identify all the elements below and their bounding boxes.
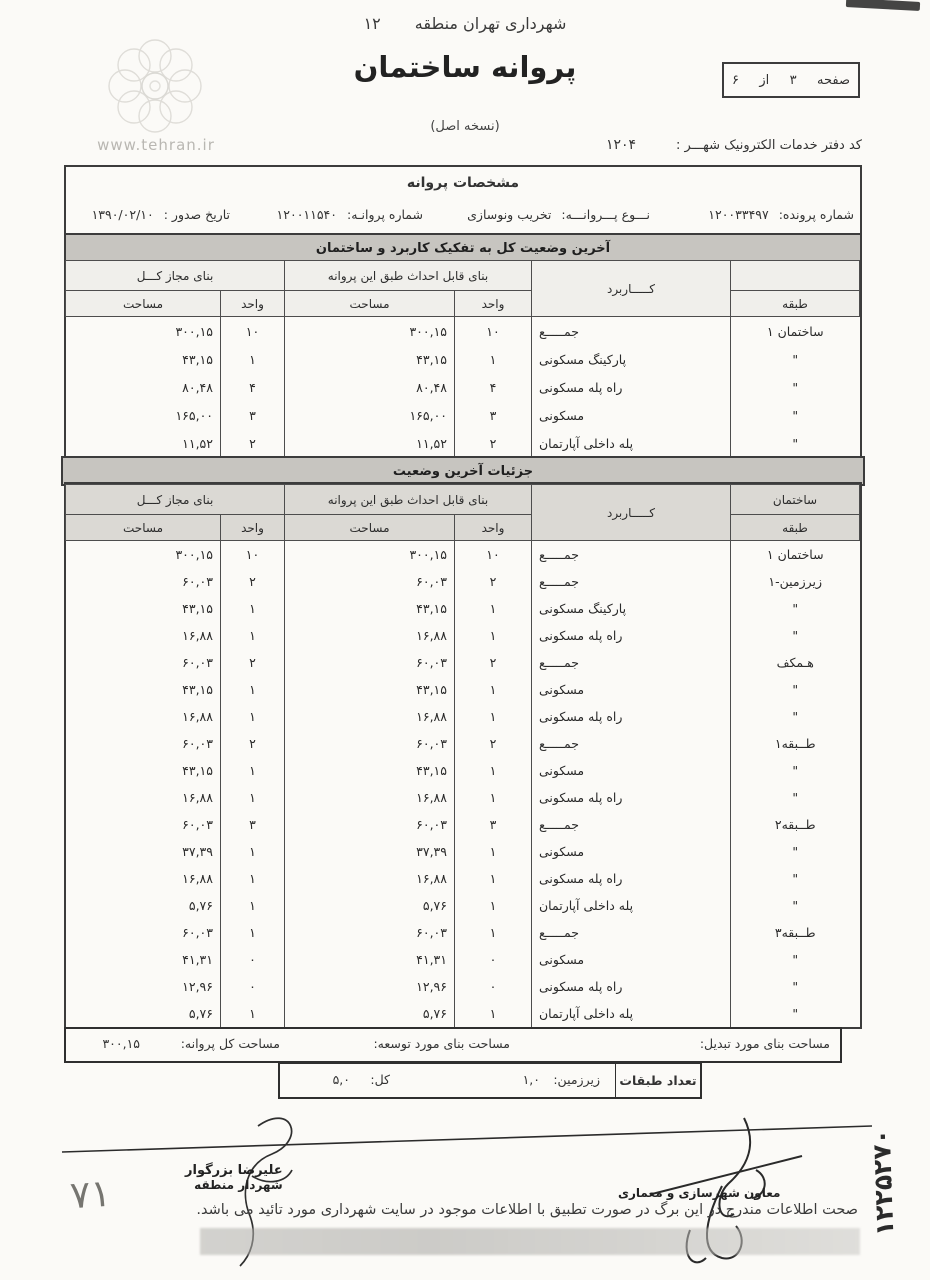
basement-count-value: ۱,۰ [523,1072,540,1087]
permit-units-cell: ۰ [455,946,532,973]
eservices-code-label: کد دفتر خدمات الکترونیک شهـــر : [676,138,862,153]
col-header-use: کـــــاربرد [532,485,731,541]
total-area-cell: ۴۳,۱۵ [66,676,221,703]
file-number-label: شماره پرونده: [779,207,854,222]
total-units-cell: ۱۰ [221,541,285,569]
permit-info-row: شماره پرونده: ۱۲۰۰۳۳۴۹۷ نـــوع پـــروانـ… [66,203,860,231]
permit-area-cell: ۶۰,۰۳ [285,568,455,595]
total-units-cell: ۳ [221,811,285,838]
permit-area-cell: ۳۰۰,۱۵ [285,541,455,569]
floor-cell: ساختمان ۱ [731,541,860,569]
total-units-cell: ۱ [221,865,285,892]
table-row: "راه پله مسکونی۴۸۰,۴۸۴۸۰,۴۸ [66,373,860,401]
detail-status-section: ساختمان کـــــاربرد بنای قابل احداث طبق … [64,482,862,1029]
permit-area-cell: ۱۶,۸۸ [285,703,455,730]
use-cell: جمـــــع [532,541,731,569]
col-header-unit: واحد [221,515,285,541]
col-header-floor: طبقه [731,291,860,317]
page-current: ۳ [790,73,797,88]
permit-type-label: نـــوع پـــروانـــه: [561,207,650,222]
total-area-cell: ۱۶,۸۸ [66,784,221,811]
permit-number-label: شماره پروانـه: [347,207,423,222]
floor-cell: زیرزمین-۱ [731,568,860,595]
handwritten-margin-number: ۱۲۲۵۲۷۰ [865,1094,900,1271]
use-cell: راه پله مسکونی [532,973,731,1000]
spec-section-title: مشخصات پروانه [66,175,860,191]
floor-cell: " [731,892,860,919]
total-area-cell: ۶۰,۰۳ [66,811,221,838]
basement-count-label: زیرزمین: [553,1072,600,1087]
total-units-cell: ۱ [221,703,285,730]
total-units-cell: ۱ [221,1000,285,1027]
use-cell: پارکینگ مسکونی [532,345,731,373]
permit-area-cell: ۳۷,۳۹ [285,838,455,865]
permit-units-cell: ۰ [455,973,532,1000]
page-total: ۶ [732,73,739,88]
use-cell: جمـــــع [532,730,731,757]
permit-area-cell: ۶۰,۰۳ [285,730,455,757]
permit-area-cell: ۴۳,۱۵ [285,757,455,784]
permit-area-cell: ۱۱,۵۲ [285,429,455,457]
permit-units-cell: ۱ [455,757,532,784]
use-cell: جمـــــع [532,649,731,676]
page-title: پروانه ساختمان [310,50,620,84]
col-header-floor: طبقه [731,515,860,541]
issue-date-field: تاریخ صدور : ۱۳۹۰/۰۲/۱۰ [92,207,230,222]
permit-area-cell: ۱۲,۹۶ [285,973,455,1000]
file-number-value: ۱۲۰۰۳۳۴۹۷ [708,207,768,222]
table-row: زیرزمین-۱جمـــــع۲۶۰,۰۳۲۶۰,۰۳ [66,568,860,595]
permit-area-cell: ۴۳,۱۵ [285,676,455,703]
col-header-building: ساختمان [731,485,860,515]
total-area-cell: ۱۶,۸۸ [66,865,221,892]
convert-area-label: مساحت بنای مورد تبدیل: [700,1036,830,1051]
permit-units-cell: ۱ [455,1000,532,1027]
permit-area-cell: ۵,۷۶ [285,892,455,919]
mayor-title: شهردار منطقه [185,1178,283,1192]
eservices-code-line: کد دفتر خدمات الکترونیک شهـــر : ۱۲۰۴ [606,137,862,153]
table-row: "راه پله مسکونی۱۱۶,۸۸۱۱۶,۸۸ [66,784,860,811]
col-header-area: مساحت [66,515,221,541]
total-area-cell: ۱۶,۸۸ [66,703,221,730]
table-row: "پارکینگ مسکونی۱۴۳,۱۵۱۴۳,۱۵ [66,595,860,622]
table-row: "راه پله مسکونی۰۱۲,۹۶۰۱۲,۹۶ [66,973,860,1000]
col-header-area: مساحت [285,291,455,317]
permit-number-field: شماره پروانـه: ۱۲۰۰۱۱۵۴۰ [277,207,423,222]
group-header-permit: بنای قابل احداث طبق این پروانه [285,485,532,515]
total-units-cell: ۱ [221,892,285,919]
permit-units-cell: ۱ [455,784,532,811]
table-row: "پله داخلی آپارتمان۱۵,۷۶۱۵,۷۶ [66,1000,860,1027]
permit-units-cell: ۱ [455,892,532,919]
table-row: "راه پله مسکونی۱۱۶,۸۸۱۱۶,۸۸ [66,703,860,730]
col-header-unit: واحد [221,291,285,317]
use-cell: پله داخلی آپارتمان [532,429,731,457]
total-area-cell: ۱۱,۵۲ [66,429,221,457]
permit-units-cell: ۲ [455,730,532,757]
total-units-cell: ۲ [221,568,285,595]
col-header-area: مساحت [66,291,221,317]
total-units-cell: ۲ [221,429,285,457]
permit-units-cell: ۱۰ [455,317,532,346]
total-units-cell: ۰ [221,973,285,1000]
district-number: ۱۲ [364,14,381,33]
table-row: "مسکونی۱۳۷,۳۹۱۳۷,۳۹ [66,838,860,865]
total-permit-area-label: مساحت کل پروانه: [181,1036,280,1051]
total-units-cell: ۱۰ [221,317,285,346]
file-number-field: شماره پرونده: ۱۲۰۰۳۳۴۹۷ [708,207,854,222]
permit-units-cell: ۲ [455,568,532,595]
permit-area-cell: ۱۶,۸۸ [285,622,455,649]
group-header-total: بنای مجاز کـــل [66,261,285,291]
total-area-cell: ۳۰۰,۱۵ [66,317,221,346]
use-cell: پارکینگ مسکونی [532,595,731,622]
issue-date-label: تاریخ صدور : [164,207,230,222]
permit-area-cell: ۸۰,۴۸ [285,373,455,401]
floor-cell: " [731,595,860,622]
group-header-total: بنای مجاز کـــل [66,485,285,515]
overall-status-table: کـــــاربرد بنای قابل احداث طبق این پروا… [66,260,860,457]
total-units-cell: ۱ [221,757,285,784]
use-cell: جمـــــع [532,317,731,346]
floor-cell: طــبقه۱ [731,730,860,757]
floor-cell: " [731,429,860,457]
use-cell: جمـــــع [532,811,731,838]
floor-cell: " [731,973,860,1000]
detail-status-table: ساختمان کـــــاربرد بنای قابل احداث طبق … [65,484,860,1027]
footer-validity-note: صحت اطلاعات مندرج در این برگ در صورت تطب… [66,1202,858,1218]
permit-area-cell: ۱۶,۸۸ [285,784,455,811]
col-header-unit: واحد [455,515,532,541]
permit-units-cell: ۱ [455,622,532,649]
total-permit-area-value: ۳۰۰,۱۵ [102,1036,140,1051]
use-cell: راه پله مسکونی [532,622,731,649]
permit-area-cell: ۱۶۵,۰۰ [285,401,455,429]
deputy-title: معاون شهرسازی و معماری [618,1186,780,1200]
total-units-cell: ۳ [221,401,285,429]
permit-units-cell: ۴ [455,373,532,401]
floor-cell: طــبقه۳ [731,919,860,946]
permit-units-cell: ۲ [455,649,532,676]
permit-area-cell: ۴۳,۱۵ [285,345,455,373]
municipality-name: شهرداری تهران منطقه [415,14,567,33]
copy-note: (نسخه اصل) [390,119,540,134]
floor-cell: ساختمان ۱ [731,317,860,346]
total-area-cell: ۴۳,۱۵ [66,757,221,784]
use-cell: جمـــــع [532,568,731,595]
table-row: "راه پله مسکونی۱۱۶,۸۸۱۱۶,۸۸ [66,865,860,892]
page-label: صفحه [817,73,850,88]
total-area-cell: ۸۰,۴۸ [66,373,221,401]
floor-cell: " [731,946,860,973]
status-band-title: آخرین وضعیت کل به تفکیک کاربرد و ساختمان [66,233,860,263]
area-summary-row: مساحت بنای مورد تبدیل: مساحت بنای مورد ت… [64,1027,842,1063]
permit-area-cell: ۴۳,۱۵ [285,595,455,622]
permit-units-cell: ۱ [455,676,532,703]
total-area-cell: ۴۳,۱۵ [66,345,221,373]
tehran-municipality-logo-icon [80,34,230,142]
permit-units-cell: ۱ [455,703,532,730]
permit-units-cell: ۳ [455,401,532,429]
use-cell: مسکونی [532,676,731,703]
table-row: ساختمان ۱جمـــــع۱۰۳۰۰,۱۵۱۰۳۰۰,۱۵ [66,541,860,569]
use-cell: مسکونی [532,401,731,429]
total-units-cell: ۱ [221,838,285,865]
permit-units-cell: ۱ [455,865,532,892]
permit-area-cell: ۶۰,۰۳ [285,649,455,676]
permit-units-cell: ۲ [455,429,532,457]
table-row: "مسکونی۰۴۱,۳۱۰۴۱,۳۱ [66,946,860,973]
develop-area-label: مساحت بنای مورد توسعه: [373,1036,510,1051]
total-area-cell: ۵,۷۶ [66,892,221,919]
total-area-cell: ۴۱,۳۱ [66,946,221,973]
floor-count-box: تعداد طبقات زیرزمین: ۱,۰ کل: ۵,۰ [278,1062,702,1099]
use-cell: مسکونی [532,757,731,784]
floor-cell: " [731,784,860,811]
total-units-cell: ۰ [221,946,285,973]
use-cell: جمـــــع [532,919,731,946]
total-area-cell: ۱۶۵,۰۰ [66,401,221,429]
total-units-cell: ۱ [221,784,285,811]
floor-cell: " [731,345,860,373]
permit-area-cell: ۶۰,۰۳ [285,919,455,946]
use-cell: پله داخلی آپارتمان [532,892,731,919]
use-cell: راه پله مسکونی [532,784,731,811]
scan-artifact-gray-bar [200,1228,860,1255]
total-units-cell: ۱ [221,919,285,946]
col-header-use: کـــــاربرد [532,261,731,317]
total-floors-value: ۵,۰ [333,1072,350,1087]
permit-area-cell: ۶۰,۰۳ [285,811,455,838]
total-area-cell: ۱۶,۸۸ [66,622,221,649]
group-header-permit: بنای قابل احداث طبق این پروانه [285,261,532,291]
use-cell: راه پله مسکونی [532,865,731,892]
table-row: طــبقه۱جمـــــع۲۶۰,۰۳۲۶۰,۰۳ [66,730,860,757]
total-area-cell: ۱۲,۹۶ [66,973,221,1000]
permit-spec-section: مشخصات پروانه شماره پرونده: ۱۲۰۰۳۳۴۹۷ نـ… [64,165,862,460]
table-row: "پله داخلی آپارتمان۲۱۱,۵۲۲۱۱,۵۲ [66,429,860,457]
floor-cell: " [731,703,860,730]
total-units-cell: ۱ [221,676,285,703]
col-header-unit: واحد [455,291,532,317]
issue-date-value: ۱۳۹۰/۰۲/۱۰ [92,207,154,222]
total-area-cell: ۴۳,۱۵ [66,595,221,622]
floor-cell: " [731,401,860,429]
permit-units-cell: ۱ [455,838,532,865]
mayor-name: علیرضا بزرگوار [185,1163,283,1178]
floor-cell: " [731,757,860,784]
total-floors-label: کل: [370,1072,390,1087]
logo-url-text: www.tehran.ir [66,136,246,154]
permit-units-cell: ۱ [455,919,532,946]
floor-cell: " [731,373,860,401]
table-row: "مسکونی۱۴۳,۱۵۱۴۳,۱۵ [66,757,860,784]
total-area-cell: ۳۷,۳۹ [66,838,221,865]
total-units-cell: ۴ [221,373,285,401]
total-units-cell: ۱ [221,595,285,622]
floor-cell: " [731,622,860,649]
page-of-label: از [759,73,769,88]
permit-type-value: تخریب ونوسازی [467,207,551,222]
scan-artifact-smudge [846,0,920,11]
total-area-cell: ۶۰,۰۳ [66,730,221,757]
total-area-cell: ۵,۷۶ [66,1000,221,1027]
permit-units-cell: ۱ [455,345,532,373]
use-cell: پله داخلی آپارتمان [532,1000,731,1027]
district-mayor-signature-block: علیرضا بزرگوار شهردار منطقه [185,1163,283,1192]
permit-units-cell: ۱۰ [455,541,532,569]
table-row: "مسکونی۳۱۶۵,۰۰۳۱۶۵,۰۰ [66,401,860,429]
scanned-building-permit-page: شهرداری تهران منطقه ۱۲ پروانه ساختمان (ن… [0,0,930,1280]
table-row: "پارکینگ مسکونی۱۴۳,۱۵۱۴۳,۱۵ [66,345,860,373]
table-row: "مسکونی۱۴۳,۱۵۱۴۳,۱۵ [66,676,860,703]
table-row: طــبقه۳جمـــــع۱۶۰,۰۳۱۶۰,۰۳ [66,919,860,946]
total-area-cell: ۶۰,۰۳ [66,649,221,676]
total-units-cell: ۱ [221,622,285,649]
floor-cell: " [731,865,860,892]
permit-area-cell: ۳۰۰,۱۵ [285,317,455,346]
use-cell: راه پله مسکونی [532,703,731,730]
permit-area-cell: ۱۶,۸۸ [285,865,455,892]
empty-header-cell [731,261,860,291]
col-header-area: مساحت [285,515,455,541]
floor-cell: طــبقه۲ [731,811,860,838]
permit-type-field: نـــوع پـــروانـــه: تخریب ونوسازی [467,207,650,222]
permit-area-cell: ۴۱,۳۱ [285,946,455,973]
floor-cell: " [731,838,860,865]
table-row: ساختمان ۱جمـــــع۱۰۳۰۰,۱۵۱۰۳۰۰,۱۵ [66,317,860,346]
use-cell: مسکونی [532,946,731,973]
table-row: "پله داخلی آپارتمان۱۵,۷۶۱۵,۷۶ [66,892,860,919]
page-number-box: صفحه ۳ از ۶ [722,62,860,98]
total-units-cell: ۲ [221,730,285,757]
permit-units-cell: ۳ [455,811,532,838]
municipality-title: شهرداری تهران منطقه ۱۲ [300,14,630,33]
table-row: "راه پله مسکونی۱۱۶,۸۸۱۱۶,۸۸ [66,622,860,649]
total-area-cell: ۶۰,۰۳ [66,919,221,946]
total-units-cell: ۱ [221,345,285,373]
floor-cell: " [731,1000,860,1027]
use-cell: راه پله مسکونی [532,373,731,401]
permit-units-cell: ۱ [455,595,532,622]
table-row: هـمکفجمـــــع۲۶۰,۰۳۲۶۰,۰۳ [66,649,860,676]
use-cell: مسکونی [532,838,731,865]
floor-cell: هـمکف [731,649,860,676]
floor-cell: " [731,676,860,703]
floor-count-label: تعداد طبقات [615,1064,700,1097]
total-area-cell: ۳۰۰,۱۵ [66,541,221,569]
total-area-cell: ۶۰,۰۳ [66,568,221,595]
total-units-cell: ۲ [221,649,285,676]
table-row: طــبقه۲جمـــــع۳۶۰,۰۳۳۶۰,۰۳ [66,811,860,838]
permit-number-value: ۱۲۰۰۱۱۵۴۰ [277,207,337,222]
eservices-code-value: ۱۲۰۴ [606,137,636,153]
permit-area-cell: ۵,۷۶ [285,1000,455,1027]
